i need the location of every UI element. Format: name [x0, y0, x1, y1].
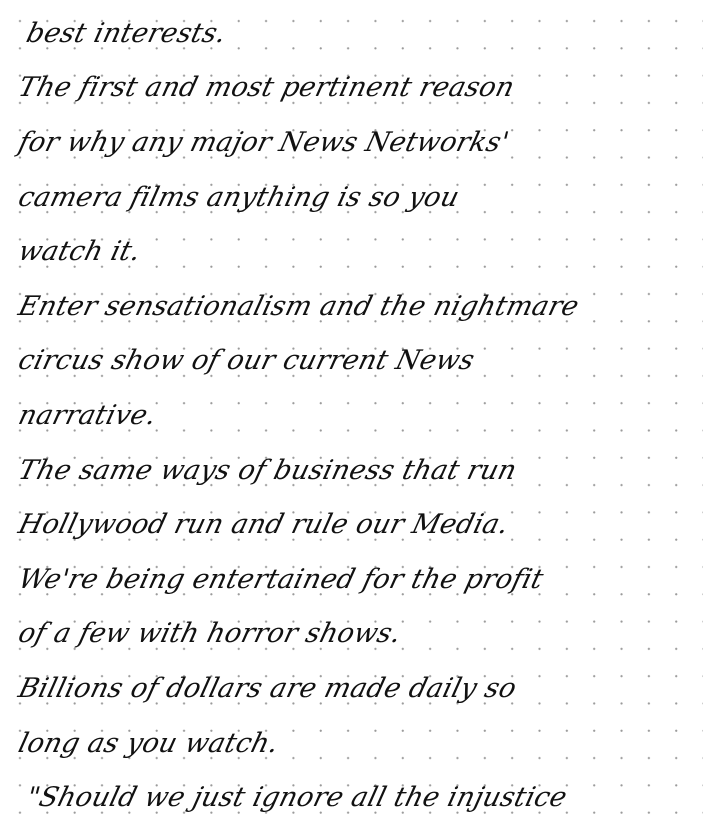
- handwritten-line: for why any major News Networks': [14, 123, 513, 163]
- handwritten-line: watch it.: [14, 232, 145, 272]
- handwritten-line: narrative.: [14, 396, 161, 436]
- handwritten-line: best interests.: [22, 14, 230, 54]
- handwritten-line: camera films anything is so you: [14, 178, 463, 218]
- handwritten-line: The first and most pertinent reason: [14, 68, 519, 108]
- handwritten-line: Billions of dollars are made daily so: [14, 669, 521, 709]
- dot-grid-page: best interests. The first and most perti…: [0, 0, 703, 837]
- handwritten-line: "Should we just ignore all the injustice: [22, 778, 571, 818]
- handwritten-line: Enter sensationalism and the nightmare: [14, 287, 583, 327]
- handwritten-line: long as you watch.: [14, 724, 283, 764]
- handwritten-line: The same ways of business that run: [14, 451, 521, 491]
- handwritten-text-block: best interests. The first and most perti…: [0, 0, 703, 837]
- handwritten-line: of a few with horror shows.: [14, 614, 405, 654]
- handwritten-line: circus show of our current News: [14, 341, 479, 381]
- handwritten-line: Hollywood run and rule our Media.: [14, 505, 513, 545]
- handwritten-line: We're being entertained for the profit: [14, 560, 548, 600]
